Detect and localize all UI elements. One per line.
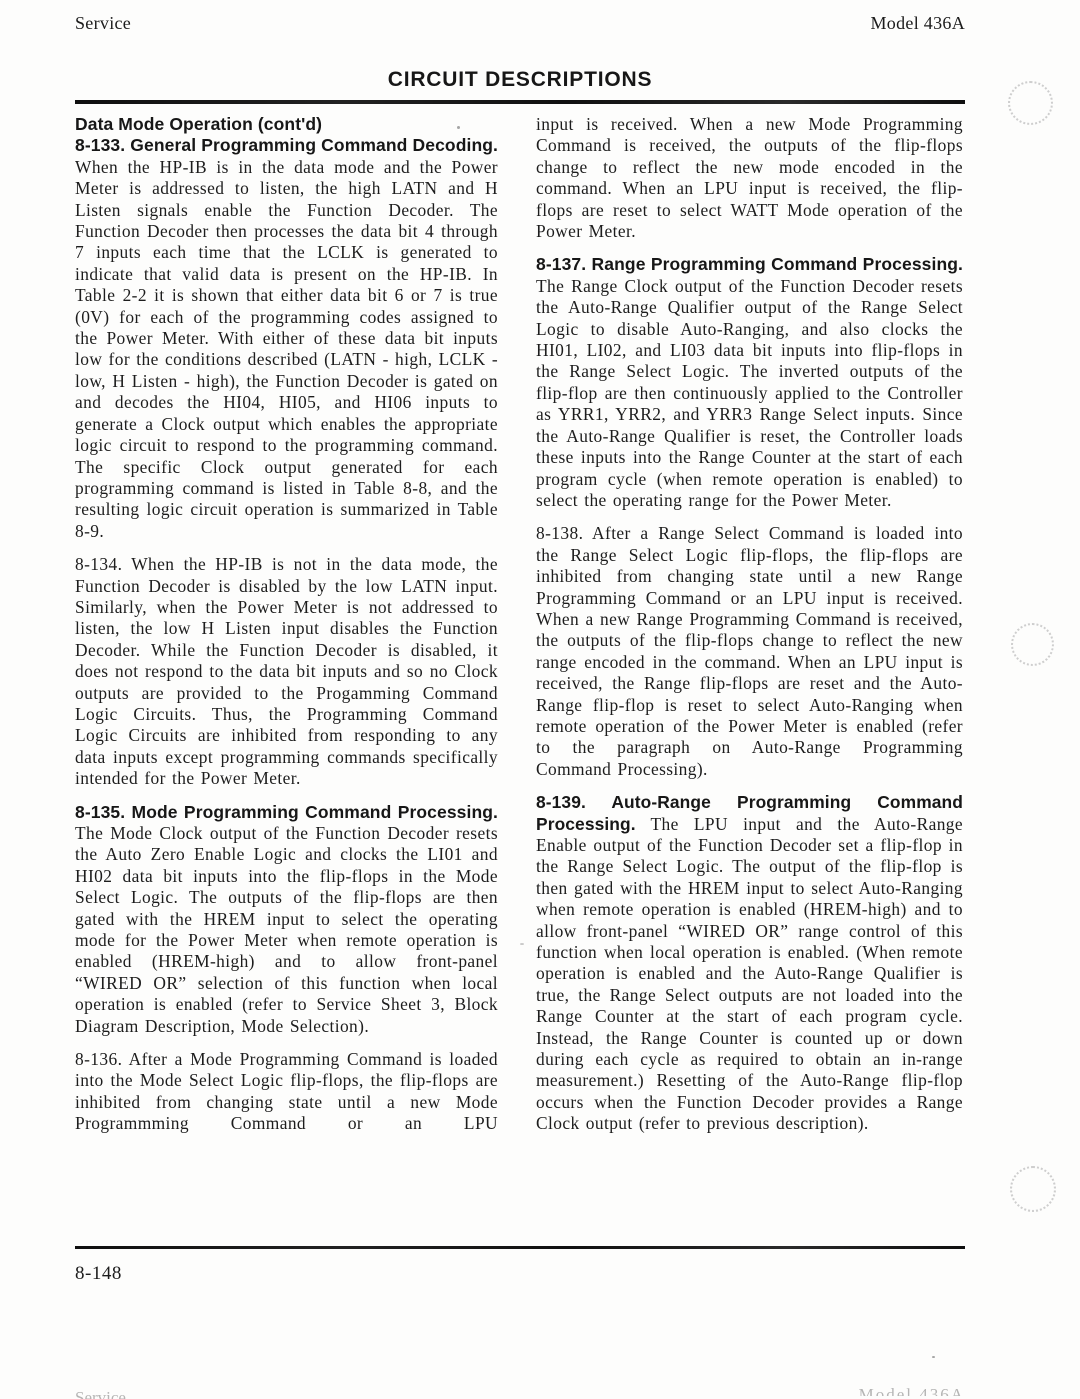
page-title: CIRCUIT DESCRIPTIONS: [75, 68, 965, 92]
next-page-header-fragment-left: Service: [75, 1388, 215, 1399]
header-model-number: Model 436A: [871, 12, 966, 34]
paragraph-8-135-body: The Mode Clock output of the Function De…: [75, 823, 498, 1037]
paragraph-8-138: 8-138. After a Range Select Command is l…: [536, 523, 963, 780]
paragraph-8-135-heading: 8-135. Mode Programming Command Processi…: [75, 802, 498, 823]
scan-speck: [457, 126, 460, 129]
right-column: input is received. When a new Mode Progr…: [536, 114, 963, 1135]
left-column: Data Mode Operation (cont'd) 8-133. Gene…: [75, 114, 498, 1135]
paragraph-8-137-heading: 8-137. Range Programming Command Process…: [536, 254, 963, 275]
punch-hole-mark-middle: [1011, 623, 1054, 666]
manual-page: Service Model 436A CIRCUIT DESCRIPTIONS …: [0, 0, 1080, 1399]
scan-speck: [520, 943, 524, 945]
punch-hole-mark-bottom: [1010, 1166, 1056, 1212]
paragraph-8-139: 8-139. Auto-Range Programming Command Pr…: [536, 792, 963, 1135]
paragraph-8-136-continuation: input is received. When a new Mode Progr…: [536, 114, 963, 242]
page-number: 8-148: [75, 1262, 122, 1286]
paragraph-8-139-body: The LPU input and the Auto-Range Enable …: [536, 814, 963, 1134]
paragraph-8-134: 8-134. When the HP-IB is not in the data…: [75, 554, 498, 789]
subsection-heading: Data Mode Operation (cont'd): [75, 114, 498, 135]
punch-hole-mark-top: [1008, 81, 1053, 125]
header-running-title: Service: [75, 12, 131, 34]
footer-divider-rule: [75, 1246, 965, 1249]
title-divider-rule: [75, 100, 965, 104]
scan-speck: [932, 1356, 935, 1358]
next-page-header-fragment-right: Model 436A: [843, 1385, 965, 1396]
paragraph-8-136: 8-136. After a Mode Programming Command …: [75, 1049, 498, 1135]
paragraph-8-137-body: The Range Clock output of the Function D…: [536, 276, 963, 511]
paragraph-8-133-body: When the HP-IB is in the data mode and t…: [75, 157, 498, 542]
paragraph-8-133-heading: 8-133. General Programming Command Decod…: [75, 135, 498, 156]
